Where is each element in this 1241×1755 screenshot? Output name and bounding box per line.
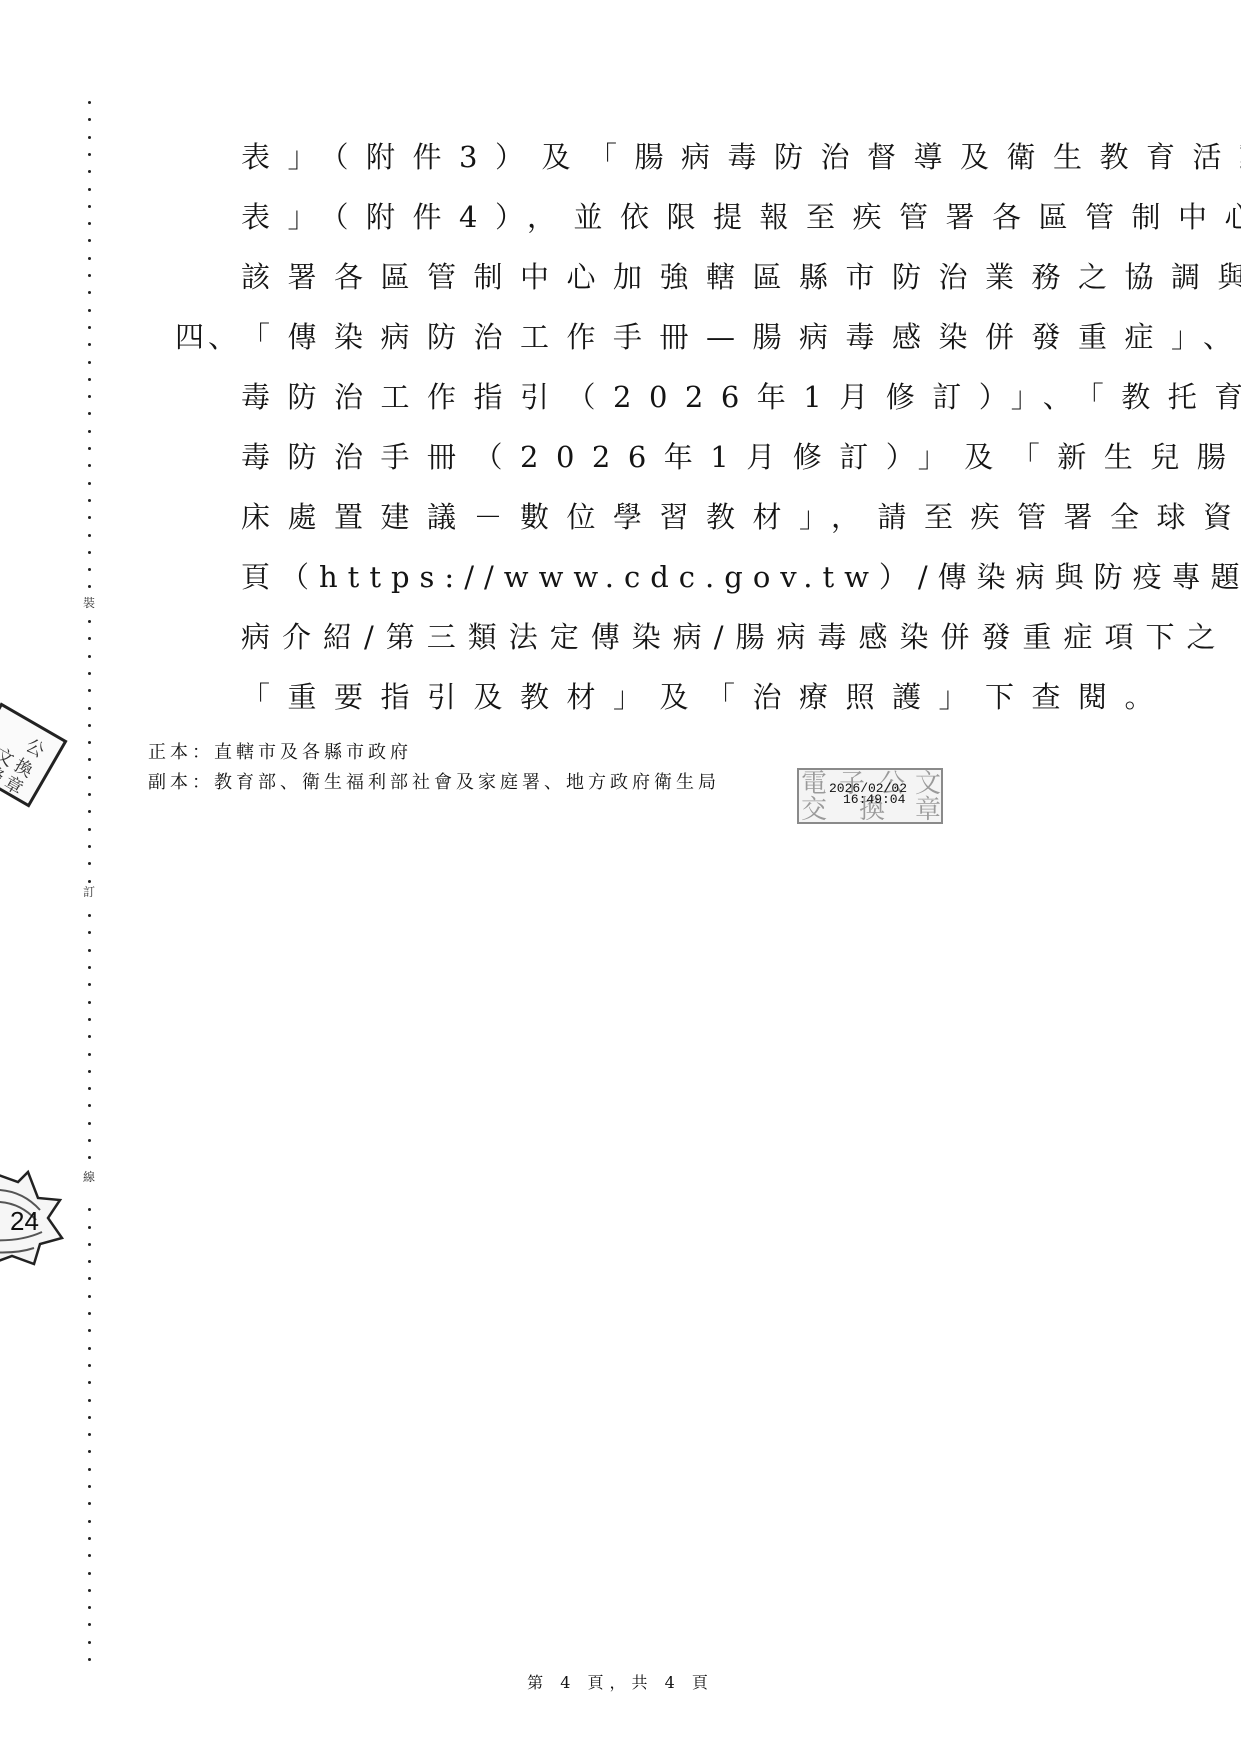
copy-recipients: 副本：教育部、衛生福利部社會及家庭署、地方政府衛生局 <box>148 772 720 794</box>
paragraph-line: 該署各區管制中心加強轄區縣市防治業務之協調與督核。 <box>241 260 1241 294</box>
binding-dot <box>88 758 91 761</box>
binding-dot <box>88 828 91 831</box>
binding-dot <box>88 482 91 485</box>
binding-dot <box>88 395 91 398</box>
binding-dot <box>88 620 91 623</box>
binding-dot <box>88 1433 91 1436</box>
binding-dot <box>88 464 91 467</box>
binding-dot <box>88 1554 91 1557</box>
binding-dot <box>88 274 91 277</box>
binding-dot <box>88 1260 91 1263</box>
binding-dot <box>88 1364 91 1367</box>
binding-dot <box>88 1399 91 1402</box>
binding-dot <box>88 793 91 796</box>
binding-dot <box>88 499 91 502</box>
binding-dot <box>88 1208 91 1211</box>
item-number: 四、 <box>175 320 241 354</box>
binding-dot <box>88 1122 91 1125</box>
binding-dot <box>88 1053 91 1056</box>
binding-dot <box>88 188 91 191</box>
binding-dot <box>88 776 91 779</box>
binding-dot <box>88 1416 91 1419</box>
binding-dot <box>88 153 91 156</box>
binding-dot <box>88 361 91 364</box>
binding-dot <box>88 1001 91 1004</box>
binding-dot <box>88 1312 91 1315</box>
binding-dot <box>88 1485 91 1488</box>
binding-dot <box>88 1018 91 1021</box>
binding-dot <box>88 205 91 208</box>
binding-dot <box>88 343 91 346</box>
binding-dot <box>88 724 91 727</box>
official-seal-icon: 公 換 章 文 條 <box>0 700 70 810</box>
binding-dot <box>88 1572 91 1575</box>
binding-dot <box>88 1156 91 1159</box>
binding-dot <box>88 1243 91 1246</box>
binding-dot <box>88 1537 91 1540</box>
paragraph-line: 表」（附件4），並依限提報至疾管署各區管制中心，以利 <box>241 200 1241 234</box>
binding-dot <box>88 914 91 917</box>
item-line: 病介紹/第三類法定傳染病/腸病毒感染併發重症項下之 <box>241 620 1228 654</box>
binding-dot <box>88 101 91 104</box>
binding-dot <box>88 1139 91 1142</box>
electronic-document-stamp: 電 子 公 文 交 換 章 2026/02/02 16:49:04 <box>797 768 943 824</box>
binding-dot <box>88 1623 91 1626</box>
page-number: 第 4 頁，共 4 頁 <box>0 1670 1241 1693</box>
binding-dot <box>88 291 91 294</box>
binding-dot <box>88 534 91 537</box>
binding-dot <box>88 378 91 381</box>
binding-dot <box>88 880 91 883</box>
item-line: 「重要指引及教材」及「治療照護」下查閱。 <box>241 680 1171 714</box>
binding-dot <box>88 672 91 675</box>
item-line-url: 頁（https://www.cdc.gov.tw）/傳染病與防疫專題/傳染 <box>241 560 1241 594</box>
seal-number: 24 <box>10 1206 39 1236</box>
binding-dot <box>88 412 91 415</box>
binding-dot <box>88 845 91 848</box>
item-line: 「傳染病防治工作手冊—腸病毒感染併發重症」、「腸病 <box>241 320 1241 354</box>
stamp-time: 16:49:04 <box>843 793 905 806</box>
binding-dot <box>88 862 91 865</box>
item-line: 毒防治工作指引（2026年1月修訂）」、「教托育人員腸病 <box>241 380 1241 414</box>
binding-dot <box>88 309 91 312</box>
binding-dot <box>88 170 91 173</box>
item-line: 床處置建議－數位學習教材」，請至疾管署全球資訊網首 <box>241 500 1241 534</box>
binding-dot <box>88 1347 91 1350</box>
main-recipients: 正本：直轄市及各縣市政府 <box>148 742 412 764</box>
binding-dot <box>88 447 91 450</box>
binding-dot <box>88 1329 91 1332</box>
binding-dot <box>88 1087 91 1090</box>
binding-dot <box>88 949 91 952</box>
binding-dot <box>88 1589 91 1592</box>
binding-dot <box>88 689 91 692</box>
binding-dot <box>88 430 91 433</box>
binding-dot <box>88 1450 91 1453</box>
binding-dot <box>88 966 91 969</box>
binding-dot <box>88 655 91 658</box>
binding-dot <box>88 326 91 329</box>
binding-dot <box>88 136 91 139</box>
binding-dot <box>88 1381 91 1384</box>
binding-dot <box>88 1606 91 1609</box>
binding-label-ding: 訂 <box>82 885 96 899</box>
binding-dot <box>88 810 91 813</box>
item-line: 毒防治手冊（2026年1月修訂）」及「新生兒腸病毒感染臨 <box>241 440 1241 474</box>
binding-dot <box>88 1035 91 1038</box>
binding-dot <box>88 1277 91 1280</box>
binding-dot <box>88 257 91 260</box>
binding-dot <box>88 516 91 519</box>
binding-label-zhuang: 裝 <box>82 596 96 610</box>
binding-dot <box>88 741 91 744</box>
binding-dot <box>88 585 91 588</box>
binding-dot <box>88 222 91 225</box>
binding-dot <box>88 707 91 710</box>
binding-dot <box>88 983 91 986</box>
binding-dot <box>88 1520 91 1523</box>
binding-label-xian: 線 <box>82 1170 96 1184</box>
binding-dot <box>88 1226 91 1229</box>
binding-dot <box>88 551 91 554</box>
binding-dot <box>88 1295 91 1298</box>
binding-dot <box>88 637 91 640</box>
binding-dot <box>88 1070 91 1073</box>
binding-dot <box>88 931 91 934</box>
paragraph-line: 表」（附件3）及「腸病毒防治督導及衛生教育活動統計 <box>241 140 1241 174</box>
binding-dot <box>88 239 91 242</box>
binding-dot <box>88 1468 91 1471</box>
binding-dot <box>88 1641 91 1644</box>
binding-dot <box>88 1104 91 1107</box>
binding-dot <box>88 1502 91 1505</box>
page-seal-icon: 24 <box>0 1160 70 1270</box>
binding-dot <box>88 118 91 121</box>
binding-dot <box>88 568 91 571</box>
binding-dot <box>88 1658 91 1661</box>
